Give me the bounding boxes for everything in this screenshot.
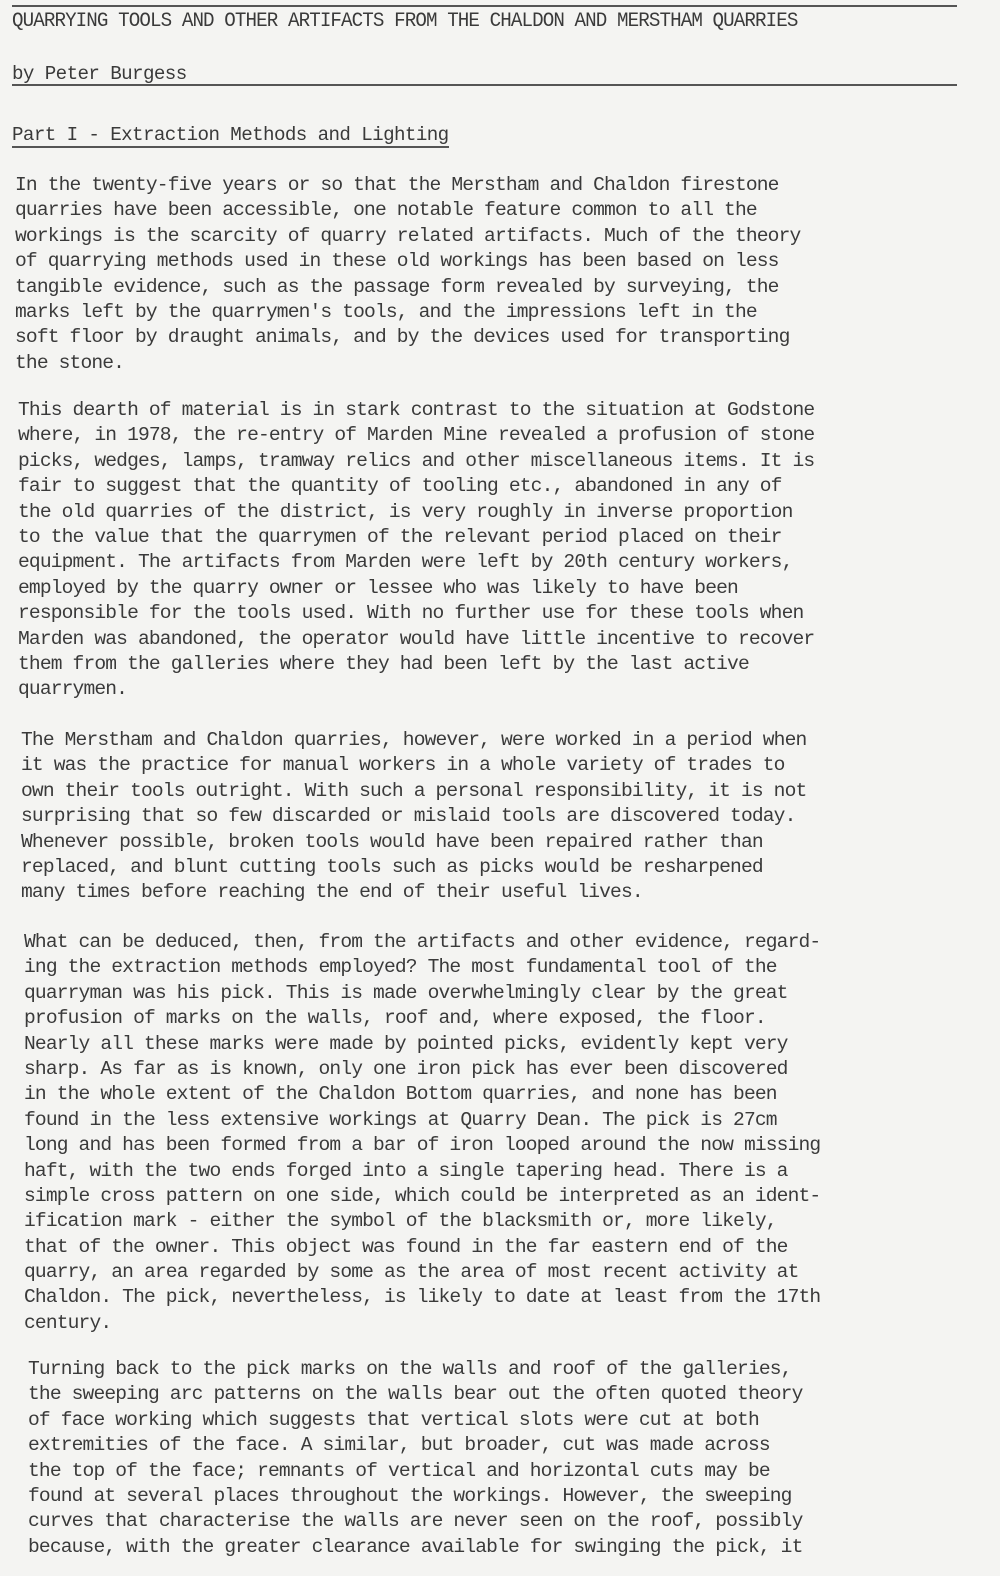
text-line: Nearly all these marks were made by poin… — [24, 1032, 820, 1057]
paragraph-4: What can be deduced, then, from the arti… — [24, 930, 820, 1336]
text-line: where, in 1978, the re-entry of Marden M… — [18, 423, 814, 448]
text-line: equipment. The artifacts from Marden wer… — [18, 550, 814, 575]
text-line: soft floor by draught animals, and by th… — [15, 325, 800, 350]
text-line: curves that characterise the walls are n… — [28, 1509, 802, 1534]
text-line: because, with the greater clearance avai… — [28, 1535, 802, 1560]
text-line: found at several places throughout the w… — [28, 1484, 802, 1509]
text-line: the stone. — [15, 351, 800, 376]
text-line: Turning back to the pick marks on the wa… — [28, 1357, 802, 1382]
section-heading: Part I - Extraction Methods and Lighting — [12, 124, 449, 148]
text-line: to the value that the quarrymen of the r… — [18, 525, 814, 550]
paragraph-1: In the twenty-five years or so that the … — [15, 173, 800, 376]
text-line: Marden was abandoned, the operator would… — [18, 627, 814, 652]
text-line: it was the practice for manual workers i… — [21, 753, 806, 778]
document-page: QUARRYING TOOLS AND OTHER ARTIFACTS FROM… — [0, 0, 1000, 1576]
text-line: employed by the quarry owner or lessee w… — [18, 576, 814, 601]
text-line: The Merstham and Chaldon quarries, howev… — [21, 728, 806, 753]
text-line: Whenever possible, broken tools would ha… — [21, 830, 806, 855]
text-line: fair to suggest that the quantity of too… — [18, 474, 814, 499]
text-line: workings is the scarcity of quarry relat… — [15, 224, 800, 249]
text-line: picks, wedges, lamps, tramway relics and… — [18, 449, 814, 474]
text-line: tangible evidence, such as the passage f… — [15, 275, 800, 300]
document-title: QUARRYING TOOLS AND OTHER ARTIFACTS FROM… — [12, 9, 797, 32]
text-line: them from the galleries where they had b… — [18, 652, 814, 677]
text-line: This dearth of material is in stark cont… — [18, 398, 814, 423]
text-line: the old quarries of the district, is ver… — [18, 500, 814, 525]
text-line: own their tools outright. With such a pe… — [21, 779, 806, 804]
text-line: of quarrying methods used in these old w… — [15, 249, 800, 274]
text-line: quarries have been accessible, one notab… — [15, 198, 800, 223]
paragraph-5: Turning back to the pick marks on the wa… — [28, 1357, 802, 1560]
text-line: the top of the face; remnants of vertica… — [28, 1459, 802, 1484]
text-line: In the twenty-five years or so that the … — [15, 173, 800, 198]
text-line: found in the less extensive workings at … — [24, 1108, 820, 1133]
text-line: in the whole extent of the Chaldon Botto… — [24, 1082, 820, 1107]
text-line: replaced, and blunt cutting tools such a… — [21, 855, 806, 880]
paragraph-3: The Merstham and Chaldon quarries, howev… — [21, 728, 806, 906]
paragraph-2: This dearth of material is in stark cont… — [18, 398, 814, 703]
text-line: the sweeping arc patterns on the walls b… — [28, 1382, 802, 1407]
text-line: simple cross pattern on one side, which … — [24, 1184, 820, 1209]
text-line: ification mark - either the symbol of th… — [24, 1209, 820, 1234]
text-line: sharp. As far as is known, only one iron… — [24, 1057, 820, 1082]
text-line: marks left by the quarrymen's tools, and… — [15, 300, 800, 325]
text-line: of face working which suggests that vert… — [28, 1408, 802, 1433]
top-rule — [12, 5, 957, 7]
author-rule — [12, 84, 957, 86]
text-line: extremities of the face. A similar, but … — [28, 1433, 802, 1458]
text-line: ing the extraction methods employed? The… — [24, 955, 820, 980]
text-line: What can be deduced, then, from the arti… — [24, 930, 820, 955]
author-byline: by Peter Burgess — [12, 63, 187, 85]
text-line: quarryman was his pick. This is made ove… — [24, 981, 820, 1006]
text-line: many times before reaching the end of th… — [21, 880, 806, 905]
text-line: profusion of marks on the walls, roof an… — [24, 1006, 820, 1031]
text-line: quarry, an area regarded by some as the … — [24, 1260, 820, 1285]
text-line: Chaldon. The pick, nevertheless, is like… — [24, 1285, 820, 1310]
text-line: long and has been formed from a bar of i… — [24, 1133, 820, 1158]
text-line: surprising that so few discarded or misl… — [21, 804, 806, 829]
text-line: century. — [24, 1311, 820, 1336]
text-line: responsible for the tools used. With no … — [18, 601, 814, 626]
text-line: that of the owner. This object was found… — [24, 1235, 820, 1260]
text-line: quarrymen. — [18, 677, 814, 702]
text-line: haft, with the two ends forged into a si… — [24, 1159, 820, 1184]
